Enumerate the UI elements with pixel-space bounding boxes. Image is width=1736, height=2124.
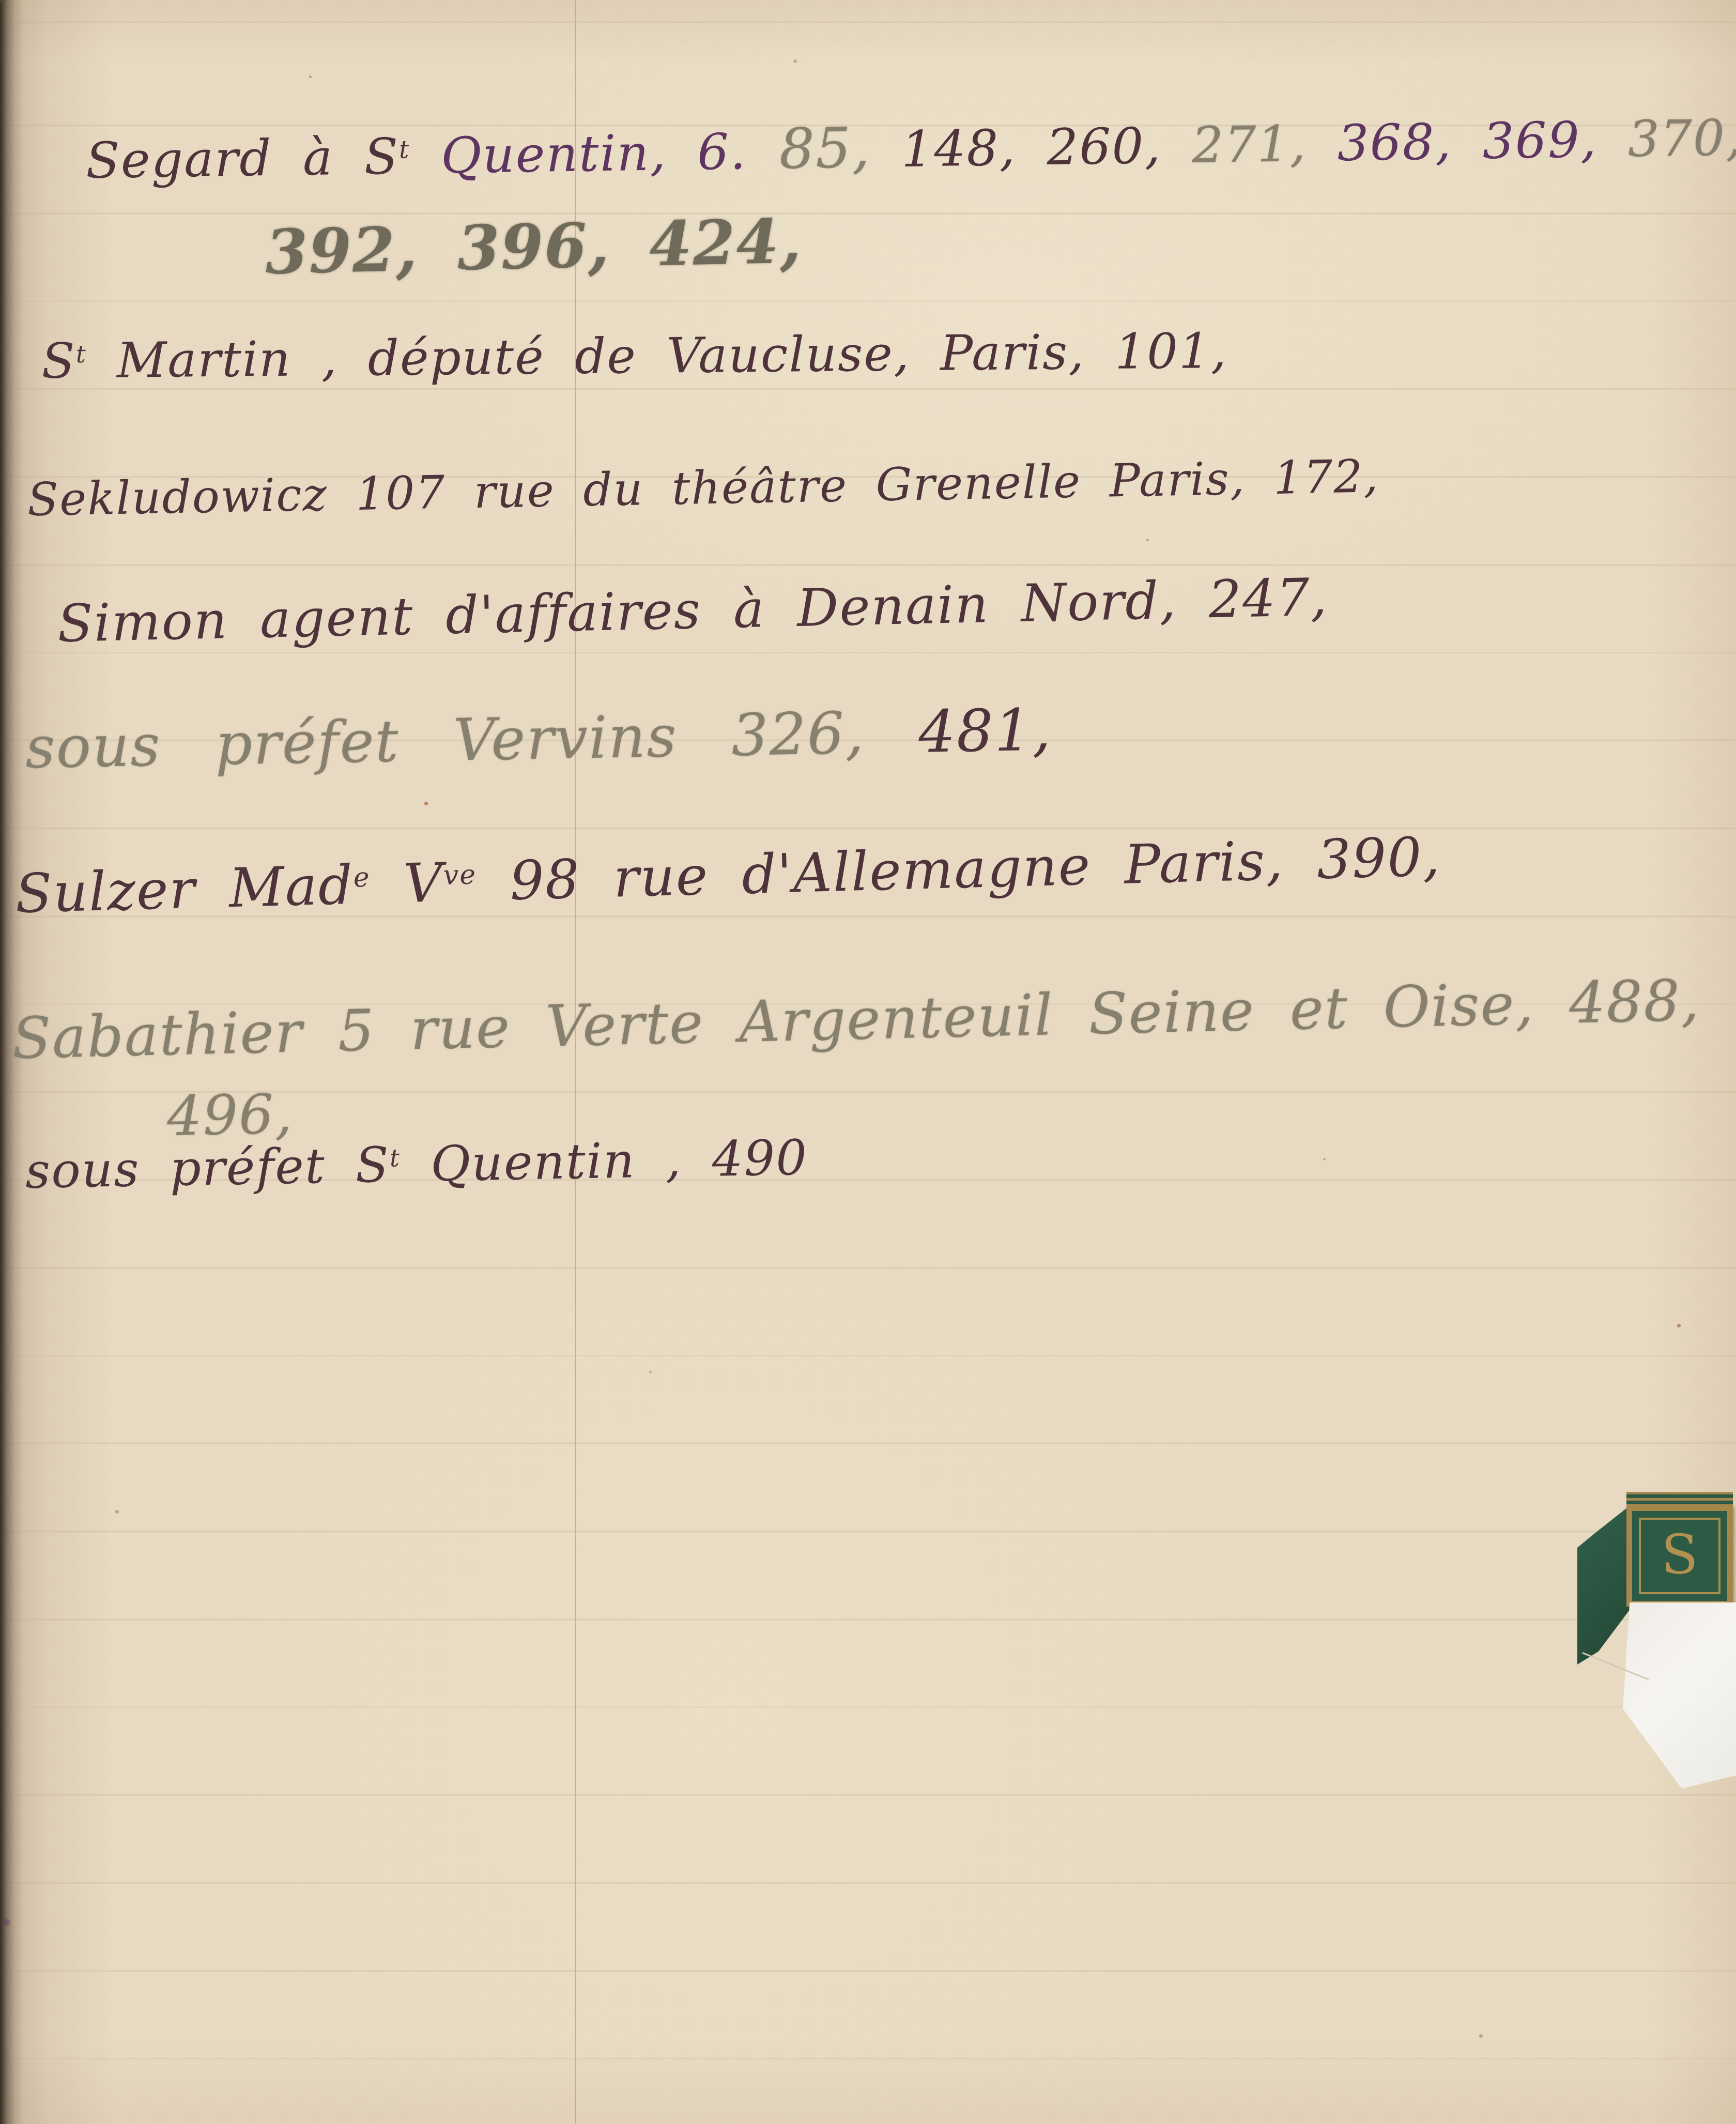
entry-sulzer: Sulzer Made Vve 98 rue d'Allemagne Paris… bbox=[14, 825, 1441, 925]
entry-text-segment: Quentin , 490 bbox=[400, 1130, 808, 1194]
section-tab-gold-frame: S bbox=[1639, 1518, 1720, 1594]
entry-text-segment: sous préfet Vervins 326, bbox=[25, 700, 865, 782]
underlying-page-corner bbox=[1623, 1602, 1736, 1789]
scanned-ledger-page: Segard à St Quentin, 6. 85, 148, 260, 27… bbox=[0, 0, 1736, 2124]
entry-text-segment: 392, 396, 424, bbox=[265, 205, 803, 288]
entry-sous-prefet-vervins: sous préfet Vervins 326, 481, bbox=[25, 696, 1052, 782]
entry-text-segment: Quentin, 6. bbox=[410, 123, 747, 185]
entry-text-segment: Martin , député de Vaucluse, Paris, 101, bbox=[86, 323, 1227, 389]
entry-text-segment: 271, bbox=[1161, 115, 1307, 175]
entry-text-segment: V bbox=[370, 851, 444, 916]
entry-text-superscript: e bbox=[353, 862, 371, 894]
entry-text-segment: Sulzer Mad bbox=[14, 853, 355, 925]
entry-text-superscript: ve bbox=[443, 859, 477, 891]
section-tab-folded-wing bbox=[1577, 1502, 1630, 1664]
entry-text-segment: 368, 369, bbox=[1306, 111, 1597, 173]
entry-sabathier-line1: Sabathier 5 rue Verte Argenteuil Seine e… bbox=[11, 967, 1700, 1072]
entry-sabathier-line2: 496, bbox=[166, 1082, 294, 1148]
entry-text-segment: 148, 260, bbox=[870, 117, 1162, 179]
entry-simon: Simon agent d'affaires à Denain Nord, 24… bbox=[57, 567, 1328, 654]
entry-text-superscript: t bbox=[389, 1144, 401, 1172]
section-tab-edge-stripes bbox=[1626, 1492, 1733, 1506]
entry-text-segment: 496, bbox=[166, 1082, 294, 1148]
entry-text-segment: S bbox=[41, 333, 76, 390]
entry-segard-line2: 392, 396, 424, bbox=[265, 205, 803, 288]
entry-text-segment: Segard à S bbox=[85, 128, 400, 190]
entry-text-segment: Simon agent d'affaires à Denain Nord, 24… bbox=[57, 567, 1328, 654]
margin-rule-line bbox=[575, 0, 576, 2124]
section-tab-s: S bbox=[1626, 1505, 1733, 1607]
entry-sous-prefet-st-quentin: sous préfet St Quentin , 490 bbox=[25, 1130, 808, 1200]
paper-specks bbox=[0, 0, 3, 3]
entry-text-segment: 370, 372, bbox=[1597, 106, 1736, 169]
entry-text-segment: sous préfet S bbox=[25, 1137, 390, 1200]
entry-text-segment: Sabathier 5 rue Verte Argenteuil Seine e… bbox=[11, 967, 1700, 1072]
entry-text-segment: 481, bbox=[864, 696, 1052, 767]
section-tab-letter: S bbox=[1661, 1528, 1698, 1582]
entry-st-martin: St Martin , député de Vaucluse, Paris, 1… bbox=[41, 323, 1227, 390]
entry-text-superscript: t bbox=[399, 135, 410, 164]
entry-text-segment: Sekludowicz 107 rue du théâtre Grenelle … bbox=[27, 449, 1379, 526]
entry-text-segment: 85, bbox=[746, 116, 871, 182]
entry-sekludowicz: Sekludowicz 107 rue du théâtre Grenelle … bbox=[27, 449, 1379, 526]
entry-text-superscript: t bbox=[76, 340, 87, 369]
entry-text-segment: 98 rue d'Allemagne Paris, 390, bbox=[476, 825, 1441, 913]
entry-segard-line1: Segard à St Quentin, 6. 85, 148, 260, 27… bbox=[85, 101, 1736, 191]
